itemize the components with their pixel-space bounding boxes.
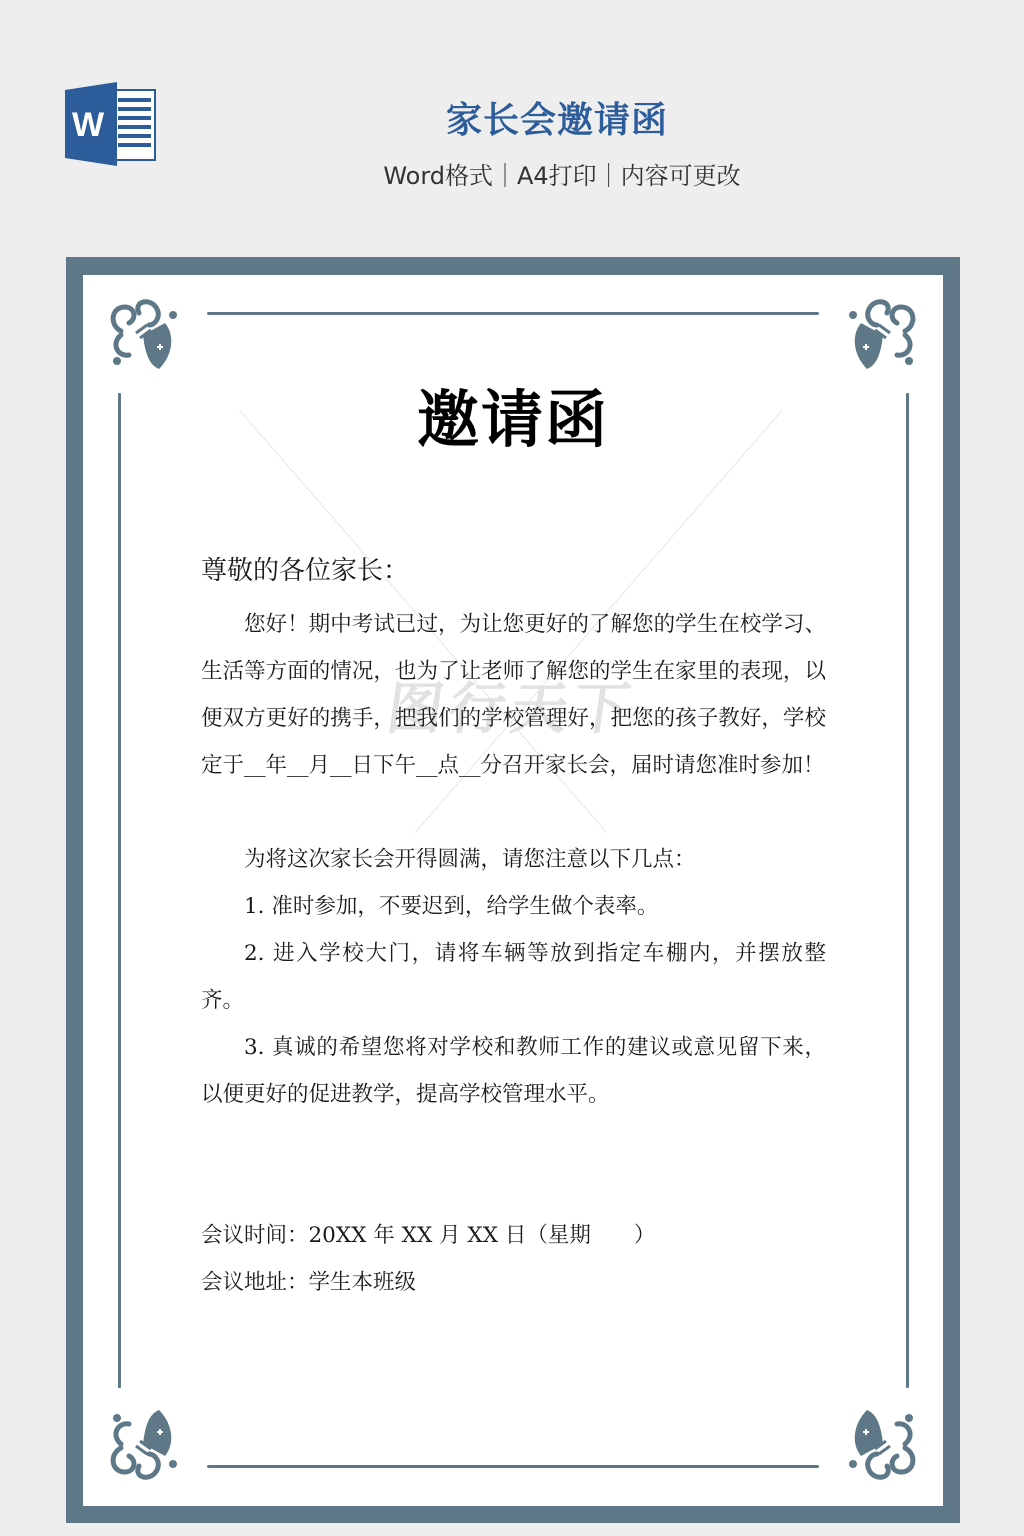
document-frame: 图行天下 xyxy=(66,257,960,1523)
page-title: 家长会邀请函 xyxy=(0,92,1024,143)
page-subtitle: Word格式｜A4打印｜内容可更改 xyxy=(0,156,1024,191)
bottom-border-line xyxy=(207,1465,819,1468)
top-border-line xyxy=(207,312,819,315)
meeting-place: 会议地址：学生本班级 xyxy=(201,1259,826,1306)
spacer xyxy=(201,789,826,836)
fleur-de-lis-icon xyxy=(103,295,187,379)
notes-intro: 为将这次家长会开得圆满，请您注意以下几点： xyxy=(201,836,826,883)
fleur-de-lis-icon xyxy=(839,1400,923,1484)
document-page: 图行天下 xyxy=(83,275,943,1506)
document-title: 邀请函 xyxy=(83,370,943,459)
salutation: 尊敬的各位家长： xyxy=(201,547,826,595)
fleur-de-lis-icon xyxy=(839,295,923,379)
right-border-line xyxy=(906,393,909,1388)
document-body: 尊敬的各位家长： 您好！期中考试已过，为让您更好的了解您的学生在校学习、生活等方… xyxy=(201,547,826,1306)
left-border-line xyxy=(118,393,121,1388)
spacer xyxy=(201,1118,826,1212)
meeting-time: 会议时间：20XX 年 XX 月 XX 日（星期 ） xyxy=(201,1212,826,1259)
body-paragraph: 您好！期中考试已过，为让您更好的了解您的学生在校学习、生活等方面的情况，也为了让… xyxy=(201,601,826,789)
fleur-de-lis-icon xyxy=(103,1400,187,1484)
note-item: 3. 真诚的希望您将对学校和教师工作的建议或意见留下来，以便更好的促进教学，提高… xyxy=(201,1024,826,1118)
note-item: 2. 进入学校大门，请将车辆等放到指定车棚内，并摆放整齐。 xyxy=(201,930,826,1024)
note-item: 1. 准时参加，不要迟到，给学生做个表率。 xyxy=(201,883,826,930)
